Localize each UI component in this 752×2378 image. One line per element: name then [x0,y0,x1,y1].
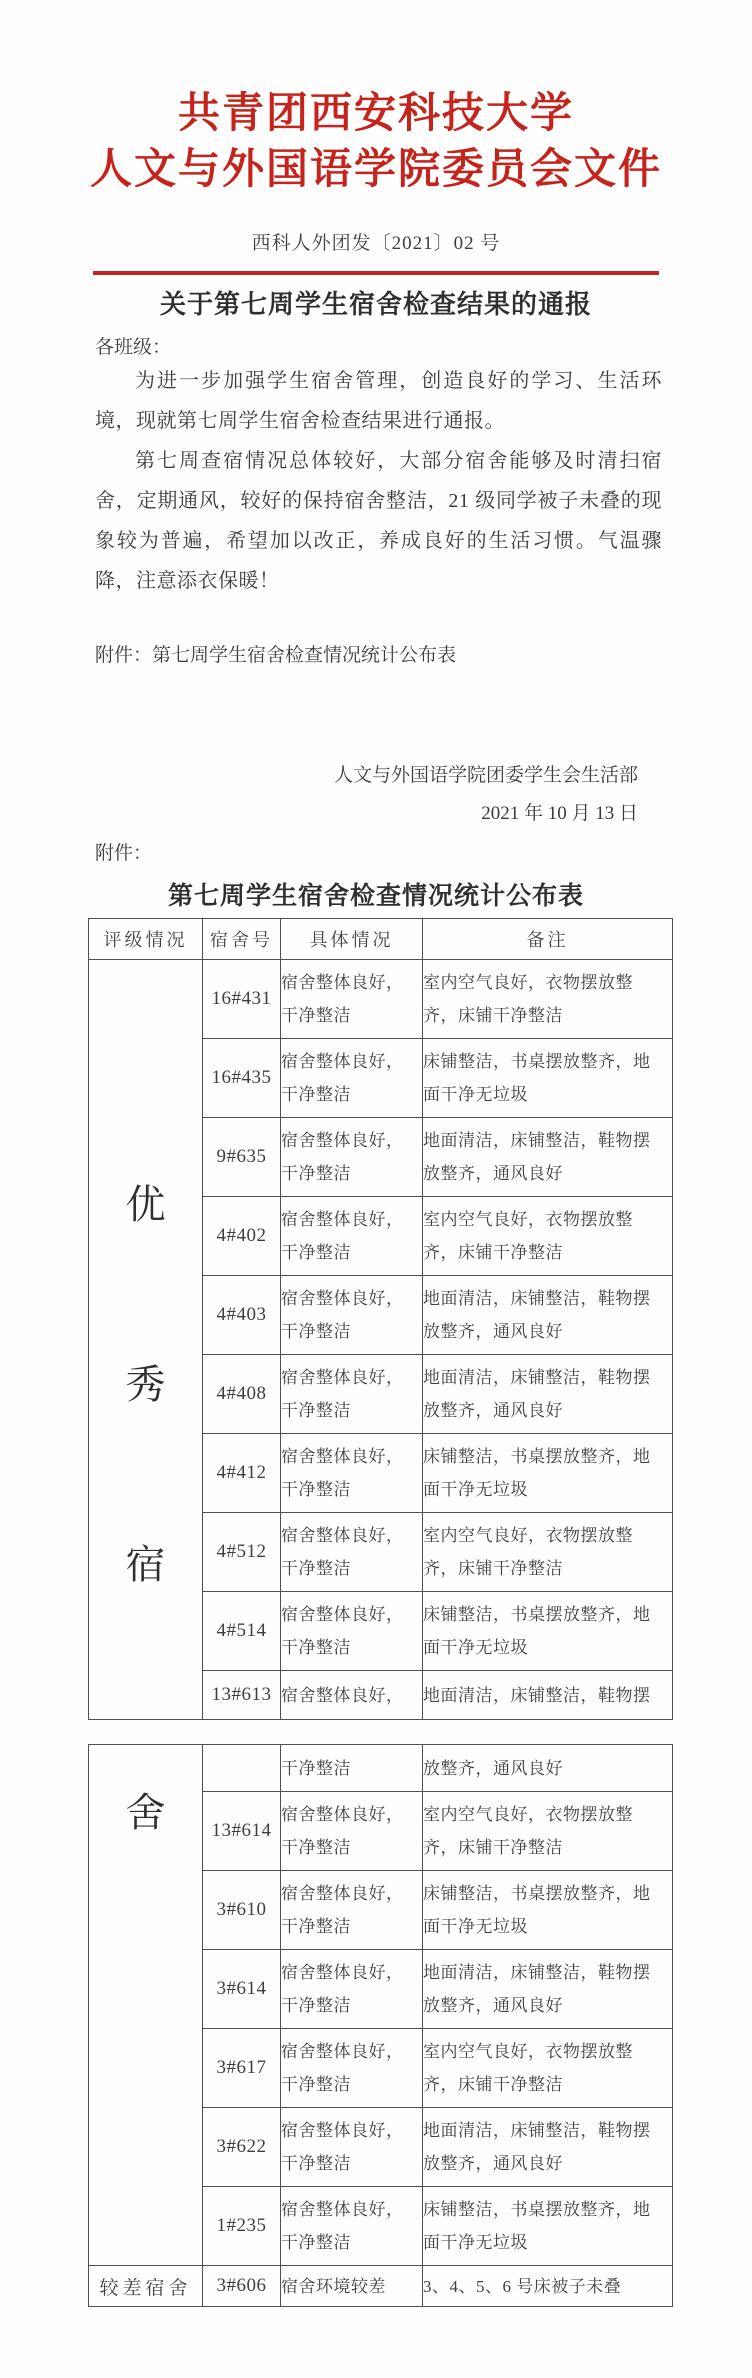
dorm-number: 16#435 [203,1039,281,1118]
table-row: 优 秀 宿 16#431 宿舍整体良好， 干净整洁 室内空气良好，衣物摆放整 齐… [89,960,673,1039]
dorm-detail: 宿舍整体良好， 干净整洁 [281,1513,423,1592]
dorm-detail: 宿舍环境较差 [281,2266,423,2307]
dorm-remark: 室内空气良好，衣物摆放整 齐，床铺干净整洁 [423,2029,673,2108]
dorm-detail: 宿舍整体良好， 干净整洁 [281,1792,423,1871]
dorm-detail: 宿舍整体良好， 干净整洁 [281,1355,423,1434]
dorm-detail: 宿舍整体良好， 干净整洁 [281,1950,423,2029]
dorm-number: 3#617 [203,2029,281,2108]
dorm-remark: 床铺整洁，书桌摆放整齐，地 面干净无垃圾 [423,2187,673,2266]
dorm-number: 4#512 [203,1513,281,1592]
dorm-number: 16#431 [203,960,281,1039]
document-number: 西科人外团发〔2021〕02 号 [0,228,752,255]
header-remark: 备注 [423,919,673,960]
dorm-remark: 地面清洁，床铺整洁，鞋物摆 放整齐，通风良好 [423,1118,673,1197]
dorm-number: 4#402 [203,1197,281,1276]
dorm-number: 3#606 [203,2266,281,2307]
dorm-number: 13#613 [203,1671,281,1720]
dorm-number: 4#514 [203,1592,281,1671]
dorm-remark: 床铺整洁，书桌摆放整齐，地 面干净无垃圾 [423,1871,673,1950]
dorm-number: 3#622 [203,2108,281,2187]
table-header-row: 评级情况 宿舍号 具体情况 备注 [89,919,673,960]
document-page: 共青团西安科技大学 人文与外国语学院委员会文件 西科人外团发〔2021〕02 号… [0,0,752,2378]
notice-paragraph-2: 第七周查宿情况总体较好，大部分宿舍能够及时清扫宿舍，定期通风，较好的保持宿舍整洁… [95,441,662,601]
grade-excellent-vertical-label: 优 秀 宿 [89,970,202,1710]
dorm-remark: 放整齐，通风良好 [423,1745,673,1792]
dorm-number: 4#412 [203,1434,281,1513]
signature-department: 人文与外国语学院团委学生会生活部 [0,763,638,789]
dorm-remark: 室内空气良好，衣物摆放整 齐，床铺干净整洁 [423,1792,673,1871]
letterhead-org-line1: 共青团西安科技大学 [0,86,752,142]
letterhead-org-line2: 人文与外国语学院委员会文件 [0,142,752,198]
dorm-number: 1#235 [203,2187,281,2266]
grade-poor-cell: 较差宿舍 [89,2266,203,2307]
attachment-table-title: 第七周学生宿舍检查情况统计公布表 [0,882,752,912]
notice-title: 关于第七周学生宿舍检查结果的通报 [0,287,752,323]
dorm-remark: 室内空气良好，衣物摆放整 齐，床铺干净整洁 [423,960,673,1039]
header-dorm: 宿舍号 [203,919,281,960]
dorm-remark: 床铺整洁，书桌摆放整齐，地 面干净无垃圾 [423,1039,673,1118]
dorm-detail: 干净整洁 [281,1745,423,1792]
dorm-number: 3#614 [203,1950,281,2029]
grade-excellent-cell-continued: 舍 [89,1745,203,2266]
letterhead: 共青团西安科技大学 人文与外国语学院委员会文件 [0,0,752,198]
dorm-remark: 地面清洁，床铺整洁，鞋物摆 放整齐，通风良好 [423,1355,673,1434]
grade-char: 优 [126,1185,166,1225]
dorm-detail: 宿舍整体良好， 干净整洁 [281,1276,423,1355]
dorm-detail: 宿舍整体良好， 干净整洁 [281,2029,423,2108]
grade-char: 舍 [126,1793,166,1833]
dorm-detail: 宿舍整体良好， 干净整洁 [281,1871,423,1950]
dorm-detail: 宿舍整体良好， 干净整洁 [281,1592,423,1671]
dorm-number: 4#408 [203,1355,281,1434]
dorm-detail: 宿舍整体良好， 干净整洁 [281,2108,423,2187]
dorm-detail: 宿舍整体良好， 干净整洁 [281,1434,423,1513]
dorm-detail: 宿舍整体良好， 干净整洁 [281,2187,423,2266]
dorm-detail: 宿舍整体良好， 干净整洁 [281,1197,423,1276]
dorm-detail: 宿舍整体良好， 干净整洁 [281,1118,423,1197]
salutation: 各班级： [95,335,660,361]
red-divider-rule [93,271,659,275]
dorm-number: 13#614 [203,1792,281,1871]
notice-paragraph-1: 为进一步加强学生宿舍管理，创造良好的学习、生活环境，现就第七周学生宿舍检查结果进… [95,361,662,441]
dorm-detail: 宿舍整体良好， [281,1671,423,1720]
dorm-remark: 地面清洁，床铺整洁，鞋物摆 放整齐，通风良好 [423,1950,673,2029]
dorm-number: 4#403 [203,1276,281,1355]
dorm-detail: 宿舍整体良好， 干净整洁 [281,960,423,1039]
table-row: 舍 干净整洁 放整齐，通风良好 [89,1745,673,1792]
dorm-number: 9#635 [203,1118,281,1197]
dorm-remark: 地面清洁，床铺整洁，鞋物摆 [423,1671,673,1720]
grade-excellent-cell: 优 秀 宿 [89,960,203,1720]
inspection-table-part2: 舍 干净整洁 放整齐，通风良好 13#614 宿舍整体良好， 干净整洁 室内空气… [88,1744,673,2307]
dorm-remark: 地面清洁，床铺整洁，鞋物摆 放整齐，通风良好 [423,1276,673,1355]
dorm-number: 3#610 [203,1871,281,1950]
inspection-table-part1: 评级情况 宿舍号 具体情况 备注 优 秀 宿 16#431 宿舍整体良好， 干净… [88,918,673,1720]
page-break-gap [0,1720,752,1738]
attachment-label: 附件： [95,841,660,867]
signature-date: 2021 年 10 月 13 日 [0,801,638,827]
dorm-number [203,1745,281,1792]
dorm-remark: 床铺整洁，书桌摆放整齐，地 面干净无垃圾 [423,1592,673,1671]
dorm-remark: 室内空气良好，衣物摆放整 齐，床铺干净整洁 [423,1513,673,1592]
table-row-poor: 较差宿舍 3#606 宿舍环境较差 3、4、5、6 号床被子未叠 [89,2266,673,2307]
grade-excellent-vertical-label-continued: 舍 [89,1753,202,2258]
dorm-detail: 宿舍整体良好， 干净整洁 [281,1039,423,1118]
grade-char: 秀 [126,1365,166,1405]
dorm-remark: 床铺整洁，书桌摆放整齐，地 面干净无垃圾 [423,1434,673,1513]
header-detail: 具体情况 [281,919,423,960]
dorm-remark: 室内空气良好，衣物摆放整 齐，床铺干净整洁 [423,1197,673,1276]
header-grade: 评级情况 [89,919,203,960]
dorm-remark: 地面清洁，床铺整洁，鞋物摆 放整齐，通风良好 [423,2108,673,2187]
dorm-remark: 3、4、5、6 号床被子未叠 [423,2266,673,2307]
attachment-note: 附件：第七周学生宿舍检查情况统计公布表 [95,643,660,669]
grade-char: 宿 [126,1545,166,1585]
